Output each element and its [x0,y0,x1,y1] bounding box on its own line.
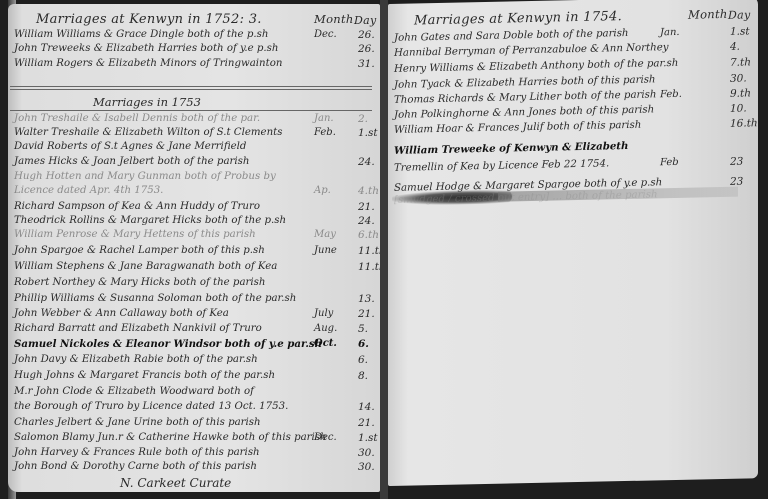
entry-row: Theodrick Rollins & Margaret Hicks both … [14,214,374,228]
entry-row: Samuel Nickoles & Eleanor Windsor both o… [14,337,374,351]
right-page: Marriages at Kenwyn in 1754. Month Day J… [388,0,758,486]
entry-row: Robert Northey & Mary Hicks both of the … [14,276,374,290]
month-column-label: Month [314,12,354,26]
entry-row: David Roberts of S.t Agnes & Jane Merrif… [14,140,374,154]
entry-row: Hugh Johns & Margaret Francis both of th… [14,369,374,383]
entry-row: Walter Treshaile & Elizabeth Wilton of S… [14,126,374,140]
entry-row: M.r John Clode & Elizabeth Woodward both… [14,385,374,399]
entry-row: William Rogers & Elizabeth Minors of Tri… [14,57,374,71]
curate-signature: N. Carkeet Curate [120,476,231,490]
day-column-label: Day [354,14,377,27]
entry-row: William Penrose & Mary Hettens of this p… [14,228,374,242]
page-title-1754: Marriages at Kenwyn in 1754. [414,9,622,28]
entry-row: John Webber & Ann Callaway both of Kea J… [14,307,374,321]
entry-row: John Treweeks & Elizabeth Harries both o… [14,42,374,56]
entry-row: Phillip Williams & Susanna Soloman both … [14,292,374,306]
day-column-label: Day [728,8,751,21]
entry-row: William Williams & Grace Dingle both of … [14,28,374,42]
entry-row: John Harvey & Frances Rule both of this … [14,446,374,460]
entry-row: Licence dated Apr. 4th 1753. Ap. 4.th [14,184,374,198]
entry-row: Hugh Hotten and Mary Gunman both of Prob… [14,170,374,184]
entry-row: the Borough of Truro by Licence dated 13… [14,400,374,414]
entry-row: John Davy & Elizabeth Rabie both of the … [14,353,374,367]
section-divider [10,110,372,111]
section-divider [10,89,372,90]
entry-row: Richard Sampson of Kea & Ann Huddy of Tr… [14,200,374,214]
page-title-1752: Marriages at Kenwyn in 1752: 3. [36,12,262,27]
entry-row: James Hicks & Joan Jelbert both of the p… [14,155,374,169]
entry-row: John Spargoe & Rachel Lamper both of thi… [14,244,374,258]
entry-row: William Stephens & Jane Baragwanath both… [14,260,374,274]
left-page: Marriages at Kenwyn in 1752: 3. Month Da… [8,4,380,492]
section-divider [10,86,372,87]
entry-row: Richard Barratt and Elizabeth Nankivil o… [14,322,374,336]
entry-row: Salomon Blamy Jun.r & Catherine Hawke bo… [14,431,374,445]
entry-row: John Bond & Dorothy Carne both of this p… [14,460,374,474]
entry-row: John Treshaile & Isabell Dennis both of … [14,112,374,126]
entry-row: Charles Jelbert & Jane Urine both of thi… [14,416,374,430]
section-title-1753: Marriages in 1753 [93,95,201,109]
entry-row: Tremellin of Kea by Licence Feb 22 1754.… [394,154,752,175]
book-gutter [380,0,388,499]
register-book: Marriages at Kenwyn in 1752: 3. Month Da… [0,0,768,499]
month-column-label: Month [688,7,728,22]
